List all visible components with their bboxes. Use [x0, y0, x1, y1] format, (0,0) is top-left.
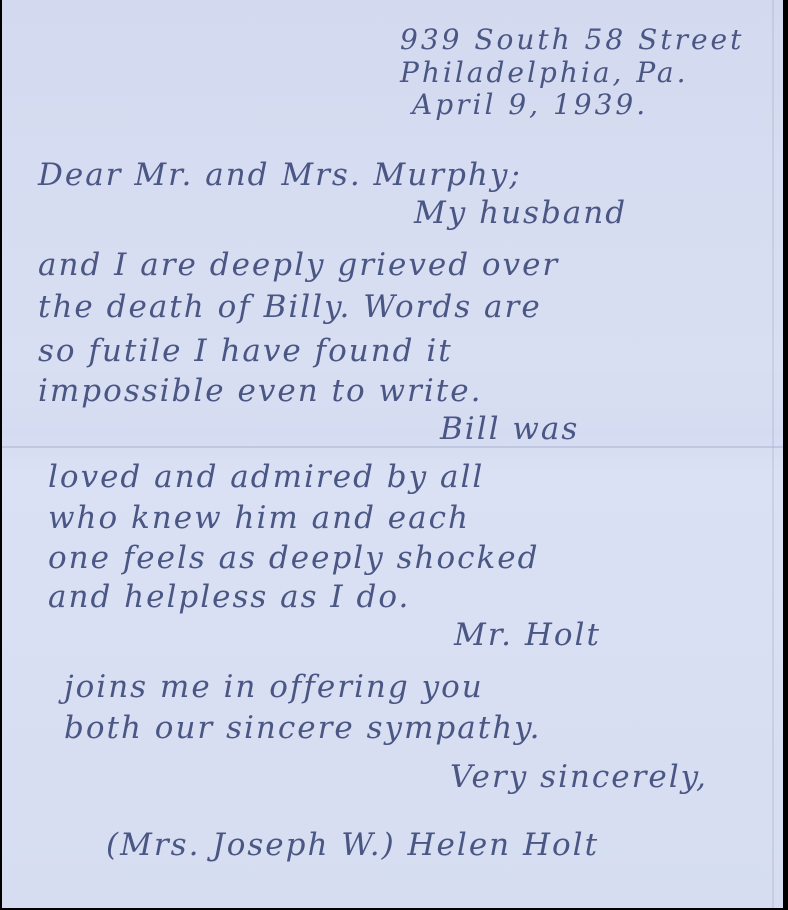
- address-street: 939 South 58 Street: [400, 26, 744, 54]
- body-line: My husband: [414, 198, 627, 229]
- body-line: joins me in offering you: [64, 672, 484, 703]
- body-line: who knew him and each: [48, 503, 470, 534]
- salutation: Dear Mr. and Mrs. Murphy;: [38, 160, 522, 191]
- body-line: Mr. Holt: [454, 620, 601, 651]
- letter-page: 939 South 58 Street Philadelphia, Pa. Ap…: [2, 0, 783, 908]
- edge-crease: [772, 0, 774, 908]
- body-line: one feels as deeply shocked: [48, 543, 539, 574]
- body-line: and helpless as I do.: [48, 582, 410, 613]
- closing: Very sincerely,: [450, 762, 708, 793]
- letter-date: April 9, 1939.: [412, 91, 648, 119]
- address-city: Philadelphia, Pa.: [400, 59, 689, 87]
- fold-crease: [2, 446, 783, 448]
- body-line: Bill was: [440, 414, 579, 445]
- body-line: and I are deeply grieved over: [38, 250, 559, 281]
- body-line: so futile I have found it: [38, 336, 453, 367]
- signature: (Mrs. Joseph W.) Helen Holt: [106, 830, 599, 861]
- body-line: both our sincere sympathy.: [64, 713, 541, 744]
- body-line: loved and admired by all: [48, 462, 484, 493]
- body-line: the death of Billy. Words are: [38, 292, 542, 323]
- body-line: impossible even to write.: [38, 376, 482, 407]
